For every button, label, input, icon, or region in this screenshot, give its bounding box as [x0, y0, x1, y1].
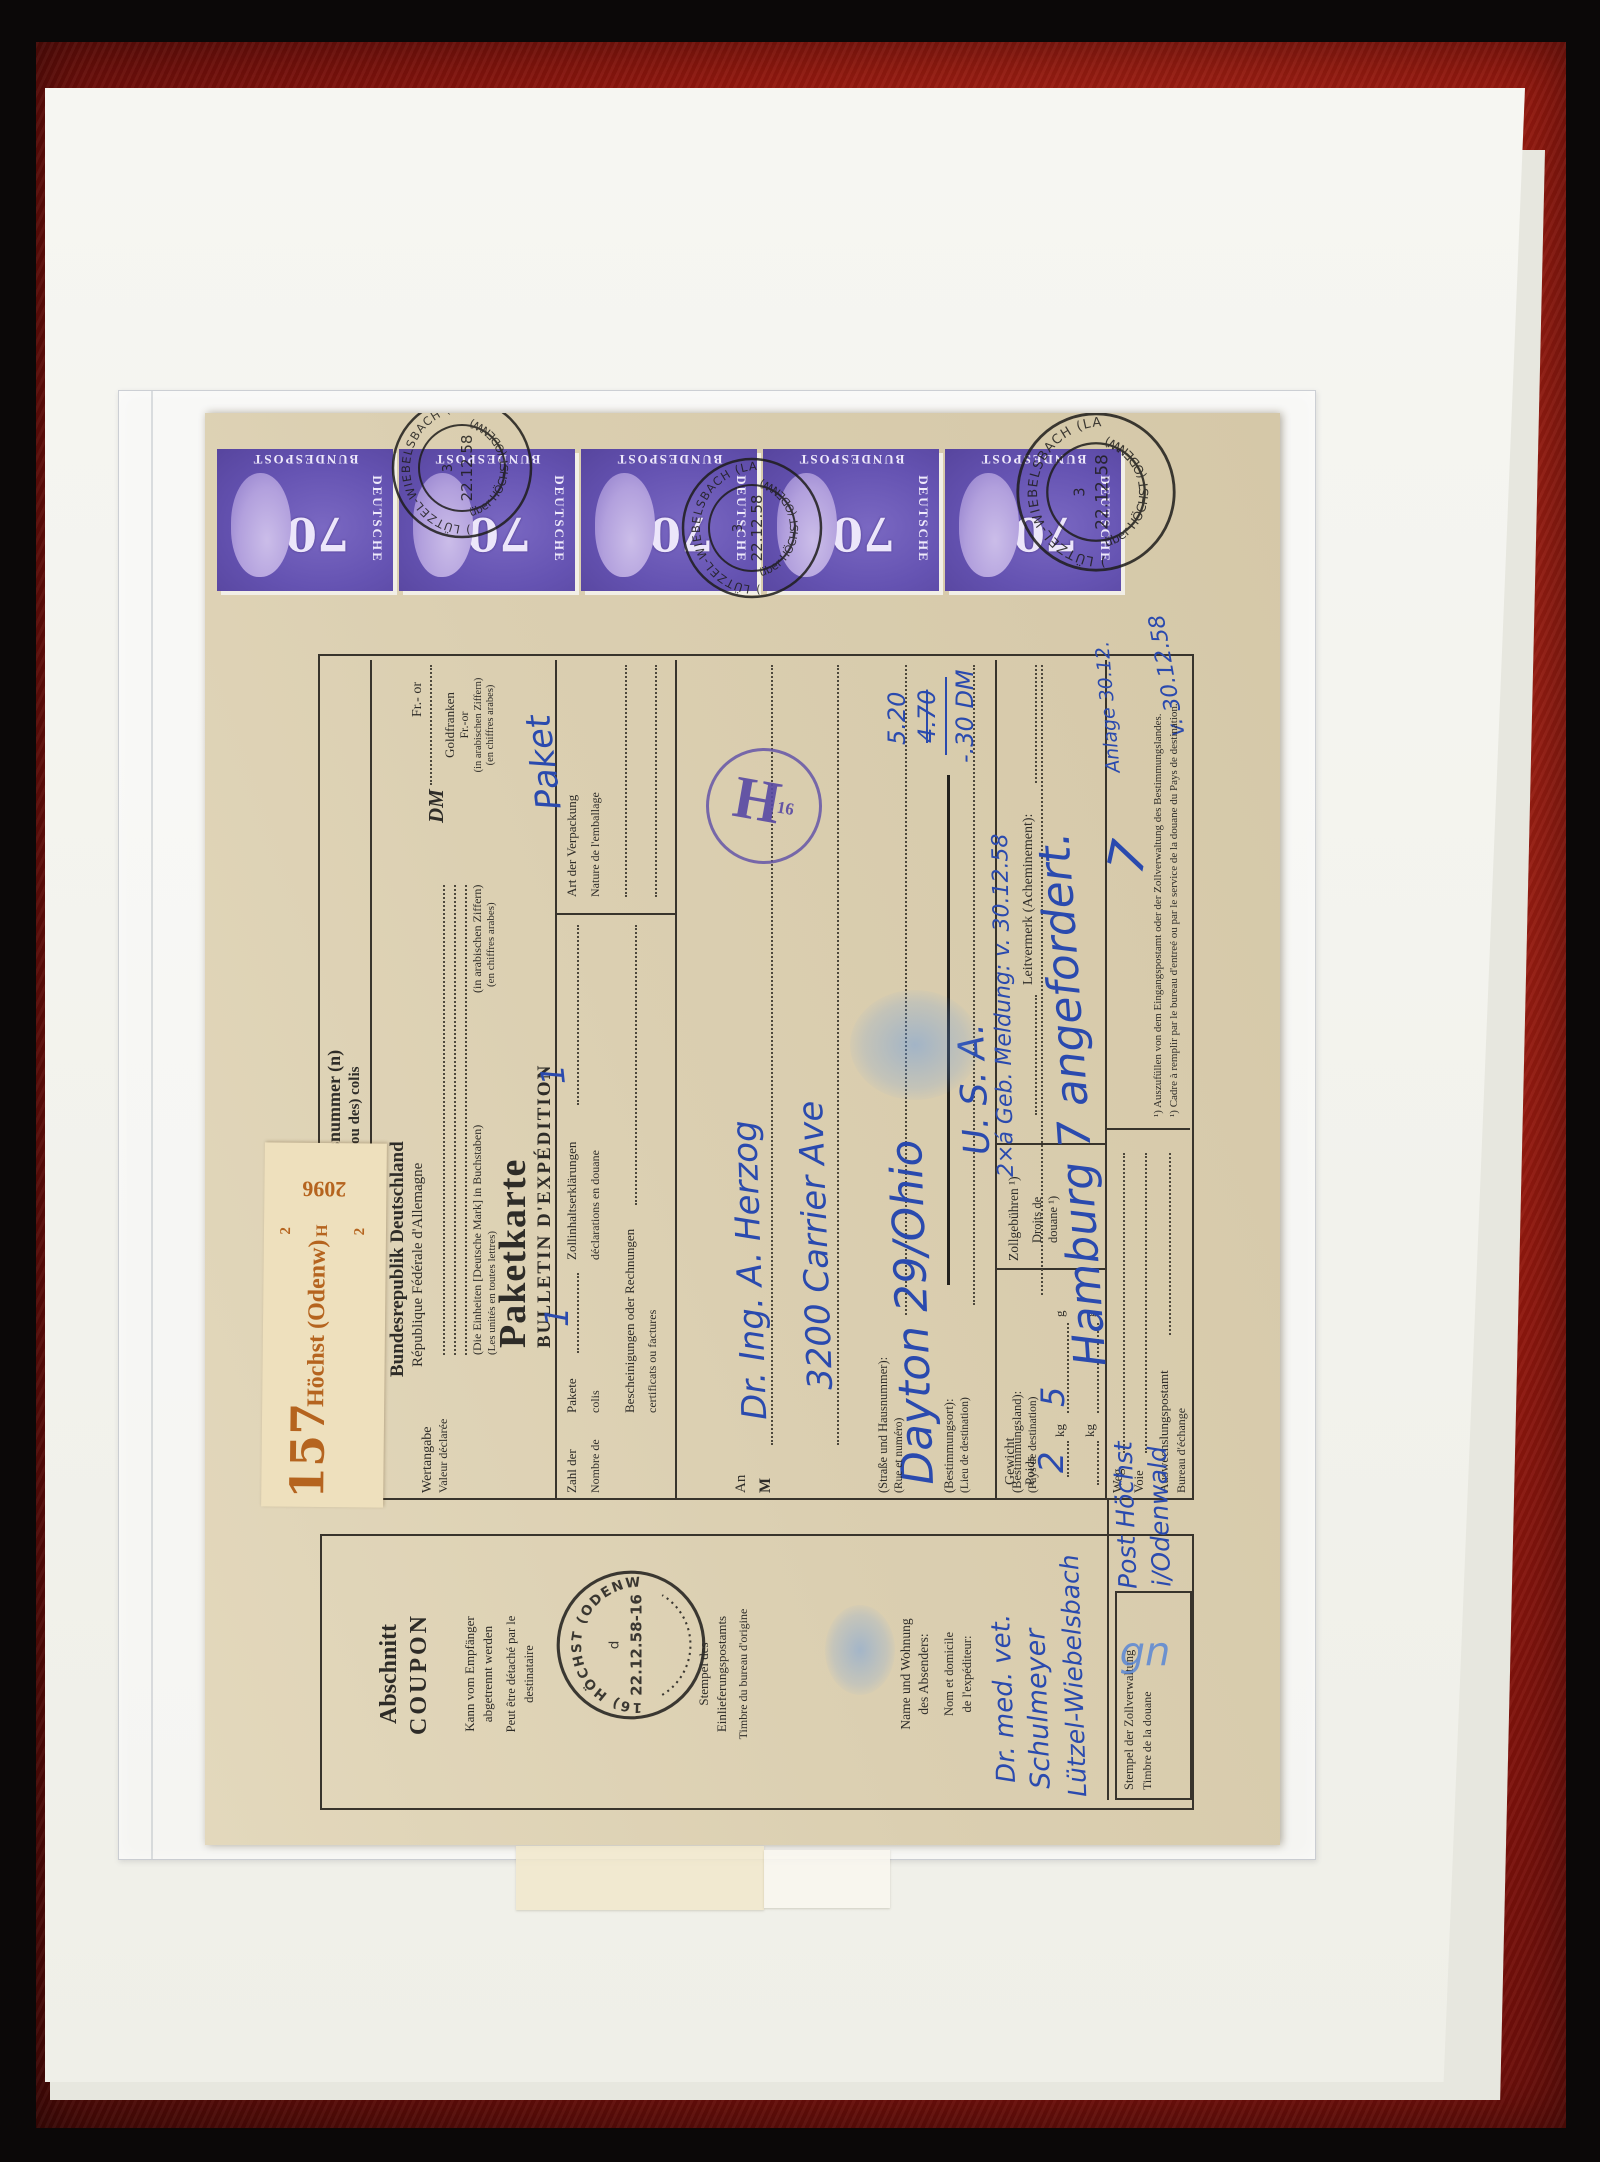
tape-piece — [516, 1846, 764, 1910]
value-units-de: (Die Einheiten [Deutsche Mark] in Buchst… — [471, 1125, 484, 1355]
parcels-value: 1 — [541, 1307, 573, 1327]
h-mark-number: 16 — [775, 797, 795, 820]
customs-fee-de: Zollgebühren ¹) — [1007, 1176, 1022, 1261]
footnote-de: ¹) Auszufüllen von dem Eingangspostamt o… — [1153, 713, 1165, 1117]
postage-stamp: DEUTSCHE 70 BUNDESPOST — [221, 453, 397, 595]
sender-line-1: Dr. med. vet. — [988, 1614, 1020, 1784]
fee-note: 2×á Geb. Meldung: v. 30.12.58 — [990, 833, 1018, 1177]
label-stack-2: H — [314, 1224, 331, 1237]
origin-country-de: Bundesrepublik Deutschland — [388, 1141, 409, 1377]
dotted-line — [1123, 1153, 1125, 1453]
dotted-line — [454, 885, 456, 1355]
count-label-de: Zahl der — [565, 1449, 579, 1493]
fr-or-unit: Fr.- or — [410, 682, 425, 717]
dotted-line — [635, 925, 637, 1205]
origin-postmark: (16) HÖCHST (ODENW) d 22.12.58-16 — [553, 1567, 709, 1723]
dotted-line — [655, 665, 657, 897]
addressee-name: Dr. Ing. A. Herzog — [728, 1120, 772, 1421]
registration-label: 157 Höchst (Odenw) 2 H 2 2096 — [261, 1142, 387, 1507]
svg-text:3: 3 — [1072, 487, 1089, 496]
stamp-portrait — [595, 473, 655, 577]
form-title-fr: BULLETIN D'EXPÉDITION — [535, 1064, 556, 1348]
coupon-title-de: Abschnitt — [377, 1563, 403, 1785]
footnote-fr: ¹) Cadre à remplir par le bureau d'entre… — [1169, 703, 1181, 1117]
dotted-line — [577, 1273, 579, 1353]
stamp-denomination: 70 — [285, 507, 349, 561]
form-title-de: Paketkarte — [493, 1159, 534, 1348]
sender-label-de2: des Absenders: — [917, 1558, 932, 1790]
fr-or: Fr.-or — [458, 665, 471, 785]
dotted-line — [1097, 1441, 1099, 1485]
arabic-fr: (en chiffres arabes) — [486, 902, 498, 987]
fee-line-1: 5.20 — [885, 692, 909, 745]
dotted-line — [1035, 665, 1037, 783]
weight-de: Gewicht — [1003, 1438, 1018, 1485]
postmark-cancel: (16) LÜTZEL-WIEBELSBACH (LAND) über HÖCH… — [387, 413, 537, 543]
addressee-street: 3200 Carrier Ave — [794, 1100, 838, 1390]
stamp-side-text: DEUTSCHE — [369, 463, 385, 575]
customs-box-fr: Timbre de la douane — [1141, 1691, 1154, 1790]
customs-decl-de: Zollinhaltserklärungen — [565, 1142, 579, 1260]
customs-crayon-mark: gn — [1120, 1633, 1171, 1673]
ink-stain — [825, 1605, 895, 1695]
parcels-de: Pakete — [565, 1378, 579, 1413]
count-label-fr: Nombre de — [589, 1439, 602, 1493]
tape-piece — [764, 1850, 890, 1908]
sender-label-fr1: Nom et domicile — [943, 1558, 957, 1790]
stamp-denomination: 70 — [831, 507, 895, 561]
origin-stamp-label-fr: Timbre du bureau d'origine — [737, 1558, 750, 1790]
svg-text:22.12.58-16: 22.12.58-16 — [627, 1594, 645, 1696]
coupon-detach-de1: Kann vom Empfänger — [463, 1558, 477, 1790]
packing-value: Paket — [521, 713, 566, 812]
origin-country-fr: République Fédérale d'Allemagne — [410, 1163, 426, 1367]
dotted-line — [625, 665, 627, 897]
svg-text:3: 3 — [731, 524, 746, 532]
sender-label-fr2: de l'expéditeur: — [961, 1558, 975, 1790]
dotted-line — [443, 885, 445, 1355]
sender-line-4: Post Höchst — [1110, 1441, 1140, 1589]
svg-text:22.12.58: 22.12.58 — [1092, 454, 1112, 530]
goldfranken-arabic-fr: (en chiffres arabes) — [485, 665, 496, 785]
weight-kg-value: 2 — [1035, 1451, 1069, 1473]
value-label-fr: Valeur déclarée — [437, 1419, 450, 1493]
goldfranken: Goldfranken — [443, 665, 457, 785]
dotted-line — [1067, 1441, 1069, 1477]
label-stack-1: 2 — [278, 1227, 294, 1235]
paketkarte-card: Einlieferungsnummer (n) Numéro (s) du (o… — [205, 413, 1280, 1845]
fee-sum-line — [945, 677, 947, 755]
dest-label-fr: (Lieu de destination) — [959, 1397, 971, 1493]
exchange-fr: Bureau d'échange — [1175, 1408, 1188, 1493]
ink-stain — [850, 990, 980, 1100]
label-stack-3: 2 — [352, 1228, 368, 1236]
parcels-fr: colis — [589, 1390, 602, 1413]
dotted-line — [465, 885, 467, 1355]
origin-stamp-label-de1: Stempel des — [697, 1558, 711, 1790]
fee-line-2: 4.70 — [915, 690, 939, 743]
value-label-de: Wertangabe — [420, 1427, 435, 1494]
weight-g-value: 5 — [1037, 1387, 1069, 1407]
dotted-line — [1145, 1153, 1147, 1453]
street-label-de: (Straße und Hausnummer): — [877, 1357, 891, 1493]
stamp-side-text: DEUTSCHE — [915, 463, 931, 575]
addressee-m: M — [757, 1478, 774, 1493]
certificates-de: Bescheinigungen oder Rechnungen — [623, 1229, 637, 1413]
dotted-line — [1169, 1153, 1171, 1335]
fee-line-3: -.30 DM — [953, 669, 977, 763]
kg-unit: kg — [1053, 1424, 1067, 1437]
rule — [1105, 1128, 1190, 1130]
packing-de: Art der Verpackung — [565, 795, 579, 897]
svg-text:22.12.58: 22.12.58 — [458, 435, 476, 502]
dm-symbol: DM — [425, 789, 448, 823]
dotted-line — [430, 665, 432, 785]
svg-text:d: d — [607, 1641, 623, 1650]
rule — [555, 913, 675, 915]
dotted-line — [1035, 995, 1037, 1115]
sender-line-2: Schulmeyer — [1022, 1628, 1055, 1789]
customs-stamp-box: Stempel der Zollverwaltung Timbre de la … — [1115, 1591, 1192, 1800]
dotted-line — [577, 925, 579, 1105]
street-label-fr: (Rue et numéro) — [893, 1418, 905, 1493]
packing-fr: Nature de l'emballage — [589, 792, 602, 897]
stamp-portrait — [231, 473, 291, 577]
dest-label-de: (Bestimmungsort): — [943, 1399, 957, 1493]
label-office: Höchst (Odenw) — [304, 1239, 332, 1407]
rule — [1107, 1500, 1109, 1800]
sender-label-de1: Name und Wohnung — [899, 1558, 914, 1790]
customs-decl-value: 1 — [536, 1063, 570, 1087]
parcel-card-position: Einlieferungsnummer (n) Numéro (s) du (o… — [205, 413, 1280, 1845]
label-number: 157 — [283, 1403, 334, 1500]
origin-stamp-label-de2: Einlieferungspostamts — [715, 1558, 729, 1790]
svg-text:22.12.58: 22.12.58 — [748, 495, 766, 562]
coupon-detach-fr1: Peut être détaché par le — [505, 1558, 519, 1790]
rule — [675, 660, 677, 1498]
arabic-de: (in arabischen Ziffern) — [471, 885, 484, 993]
svg-text:3: 3 — [441, 464, 456, 472]
mount-fold — [151, 391, 153, 1859]
customs-decl-fr: déclarations en douane — [589, 1150, 602, 1260]
goldfranken-arabic-de: (in arabischen Ziffern) — [473, 665, 484, 785]
coupon-detach-de2: abgetrennt werden — [481, 1558, 495, 1790]
kg-unit-2: kg — [1083, 1424, 1097, 1437]
stamp-side-text: DEUTSCHE — [551, 463, 567, 575]
certificates-fr: certificats ou factures — [646, 1310, 659, 1413]
stamp-portrait — [959, 473, 1019, 577]
label-serial: 2096 — [302, 1177, 346, 1201]
stamp-bottom-text: BUNDESPOST — [217, 451, 393, 467]
sender-line-5: i/Odenwald — [1145, 1446, 1175, 1588]
rule — [1105, 660, 1107, 1498]
addressee-an: An — [733, 1475, 749, 1493]
coupon-detach-fr2: destinataire — [523, 1558, 537, 1790]
postmark-cancel: (16) LÜTZEL-WIEBELSBACH (LAND) über HÖCH… — [677, 453, 827, 603]
coupon-title-fr: COUPON — [407, 1563, 433, 1785]
postmark-cancel: (16) LÜTZEL-WIEBELSBACH (LAND) über HÖCH… — [1011, 413, 1181, 577]
album-photo: Einlieferungsnummer (n) Numéro (s) du (o… — [0, 0, 1600, 2162]
stamp-design: DEUTSCHE 70 BUNDESPOST — [217, 449, 393, 591]
customs-fee-fr1: Droits de — [1031, 1197, 1045, 1243]
